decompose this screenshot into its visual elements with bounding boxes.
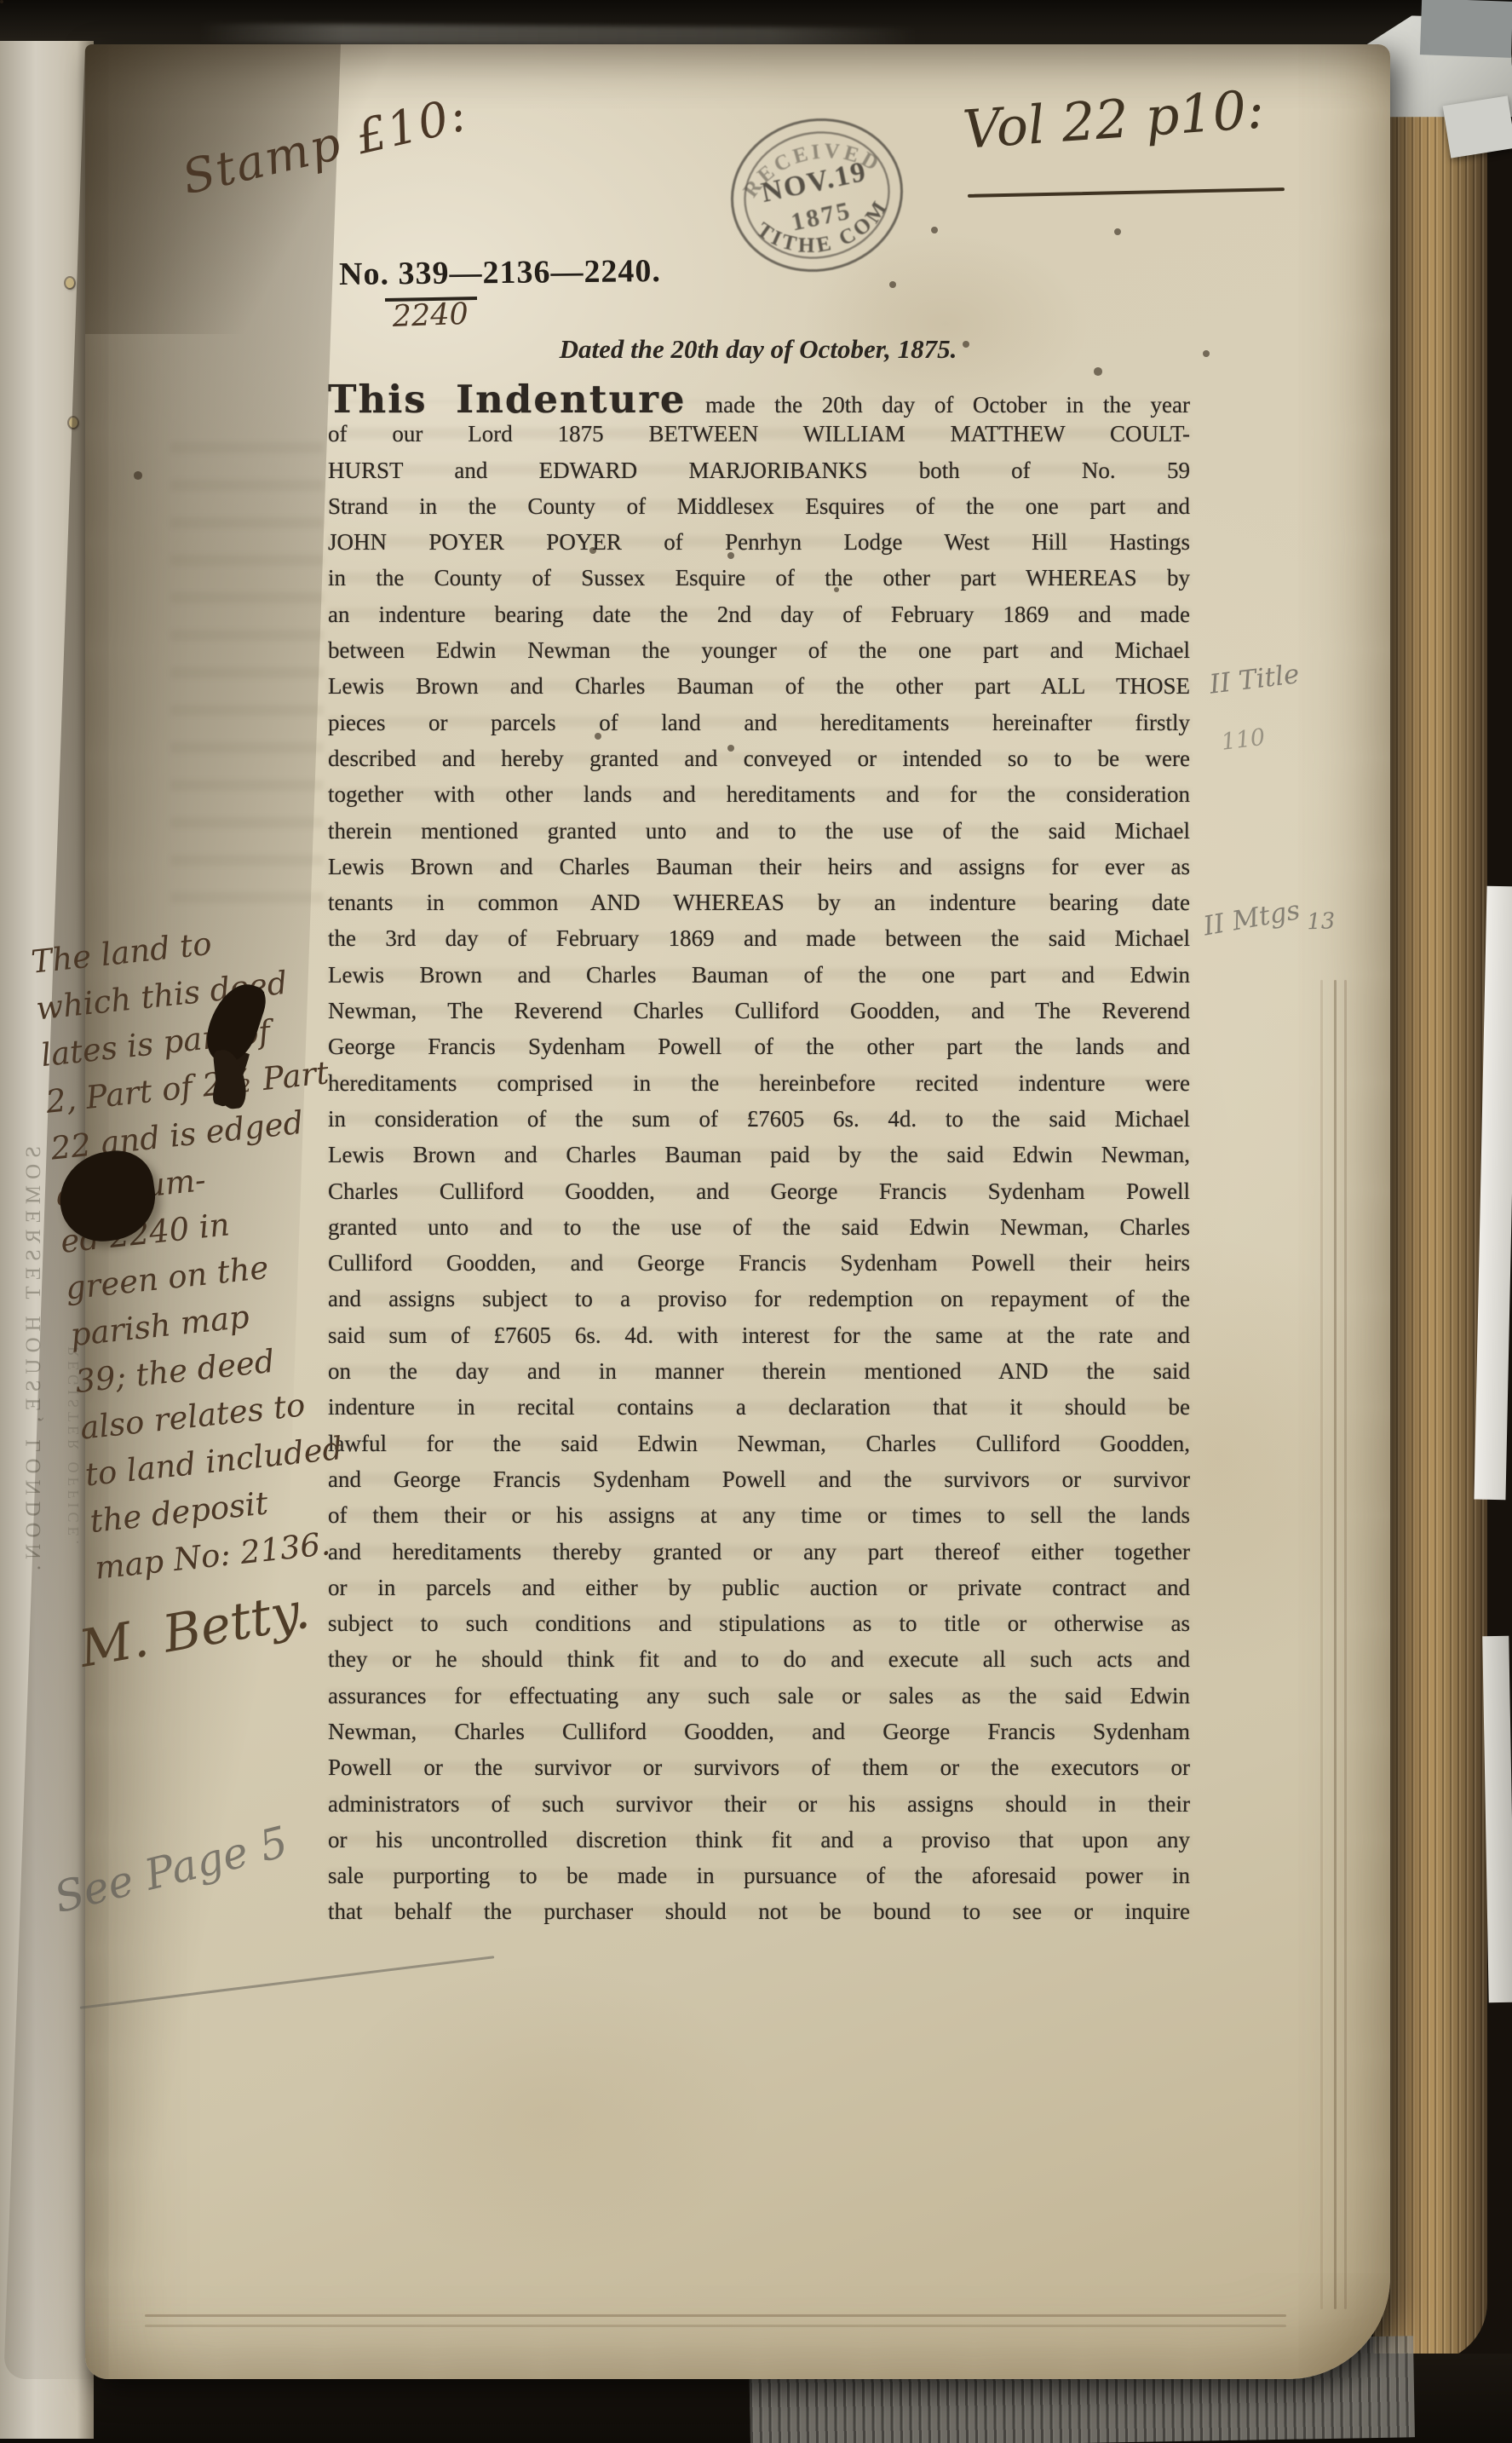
body-text-line: said sum of £7605 6s. 4d. with interest … [328,1317,1190,1353]
body-lines: of our Lord 1875 BETWEEN WILLIAM MATTHEW… [328,416,1190,1929]
body-text-line: between Edwin Newman the younger of the … [328,632,1190,668]
body-text-line: and hereditaments thereby granted or any… [328,1534,1190,1570]
body-text-line: George Francis Sydenham Powell of the ot… [328,1028,1190,1064]
body-text-line: in consideration of the sum of £7605 6s.… [328,1101,1190,1137]
body-text-line: subject to such conditions and stipulati… [328,1605,1190,1641]
body-text-line: on the day and in manner therein mention… [328,1353,1190,1389]
body-text-line: they or he should think fit and to do an… [328,1641,1190,1677]
indenture-body-text: This Indenture made the 20th day of Octo… [328,380,1190,1930]
document-number: No. 339—2136—2240. [339,252,661,293]
margin-note-number: 110 [1220,724,1267,756]
body-text-line: indenture in recital contains a declarat… [328,1389,1190,1425]
body-text-line: and George Francis Sydenham Powell and t… [328,1461,1190,1497]
body-text-line: therein mentioned granted unto and to th… [328,813,1190,849]
body-text-line: granted unto and to the use of the said … [328,1209,1190,1245]
body-text-line: Charles Culliford Goodden, and George Fr… [328,1173,1190,1209]
body-text-line: of our Lord 1875 BETWEEN WILLIAM MATTHEW… [328,416,1190,452]
body-text-line: lawful for the said Edwin Newman, Charle… [328,1426,1190,1461]
dated-line: Dated the 20th day of October, 1875. [460,334,1056,365]
foxing-specks [0,0,3,3]
body-text-line: Strand in the County of Middlesex Esquir… [328,488,1190,524]
body-text-line: Newman, The Reverend Charles Culliford G… [328,993,1190,1028]
manuscript-plan-number: 2240 [392,297,469,334]
opening-line-rest: made the 20th day of October in the year [687,392,1190,418]
body-text-line: or his uncontrolled discretion think fit… [328,1822,1190,1858]
body-text-line: hereditaments comprised in the hereinbef… [328,1065,1190,1101]
binding-fastener [66,278,74,288]
body-text-line: tenants in common AND WHEREAS by an inde… [328,884,1190,920]
paper-scrap-small [1443,95,1512,158]
body-text-line: Lewis Brown and Charles Bauman of the ot… [328,668,1190,704]
body-text-line: of them their or his assigns at any time… [328,1497,1190,1533]
body-text-line: JOHN POYER POYER of Penrhyn Lodge West H… [328,524,1190,560]
body-text-line: pieces or parcels of land and hereditame… [328,705,1190,740]
body-text-line: or in parcels and either by public aucti… [328,1570,1190,1605]
body-text-line: described and hereby granted and conveye… [328,740,1190,776]
body-opening-line: This Indenture made the 20th day of Octo… [328,380,1190,416]
body-text-line: Newman, Charles Culliford Goodden, and G… [328,1714,1190,1749]
body-text-line: sale purporting to be made in pursuance … [328,1858,1190,1893]
page-stack-edge [1373,58,1487,2362]
body-text-line: in the County of Sussex Esquire of the o… [328,560,1190,596]
body-text-line: Powell or the survivor or survivors of t… [328,1749,1190,1785]
body-text-line: together with other lands and hereditame… [328,776,1190,812]
page-crease-right [1334,980,1337,2309]
body-text-line: HURST and EDWARD MARJORIBANKS both of No… [328,452,1190,488]
body-text-line: Lewis Brown and Charles Bauman paid by t… [328,1137,1190,1173]
margin-note-mortgages-number: 13 [1307,908,1336,935]
body-text-line: the 3rd day of February 1869 and made be… [328,920,1190,956]
body-text-line: an indenture bearing date the 2nd day of… [328,596,1190,632]
opening-blackletter: This Indenture [328,377,687,422]
body-text-line: administrators of such survivor their or… [328,1786,1190,1822]
body-text-line: Lewis Brown and Charles Bauman their hei… [328,849,1190,884]
body-text-line: Lewis Brown and Charles Bauman of the on… [328,957,1190,993]
body-text-line: that behalf the purchaser should not be … [328,1893,1190,1929]
ink-showthrough [170,426,324,903]
body-text-line: assurances for effectuating any such sal… [328,1678,1190,1714]
paper-scrap-grey [1420,0,1512,58]
scanned-deed-page: SOMERSET HOUSE, LONDON. REGISTER OFFICE.… [0,0,1512,2443]
page-crease-bottom [145,2314,1286,2317]
body-text-line: and assigns subject to a proviso for red… [328,1281,1190,1317]
body-text-line: Culliford Goodden, and George Francis Sy… [328,1245,1190,1281]
